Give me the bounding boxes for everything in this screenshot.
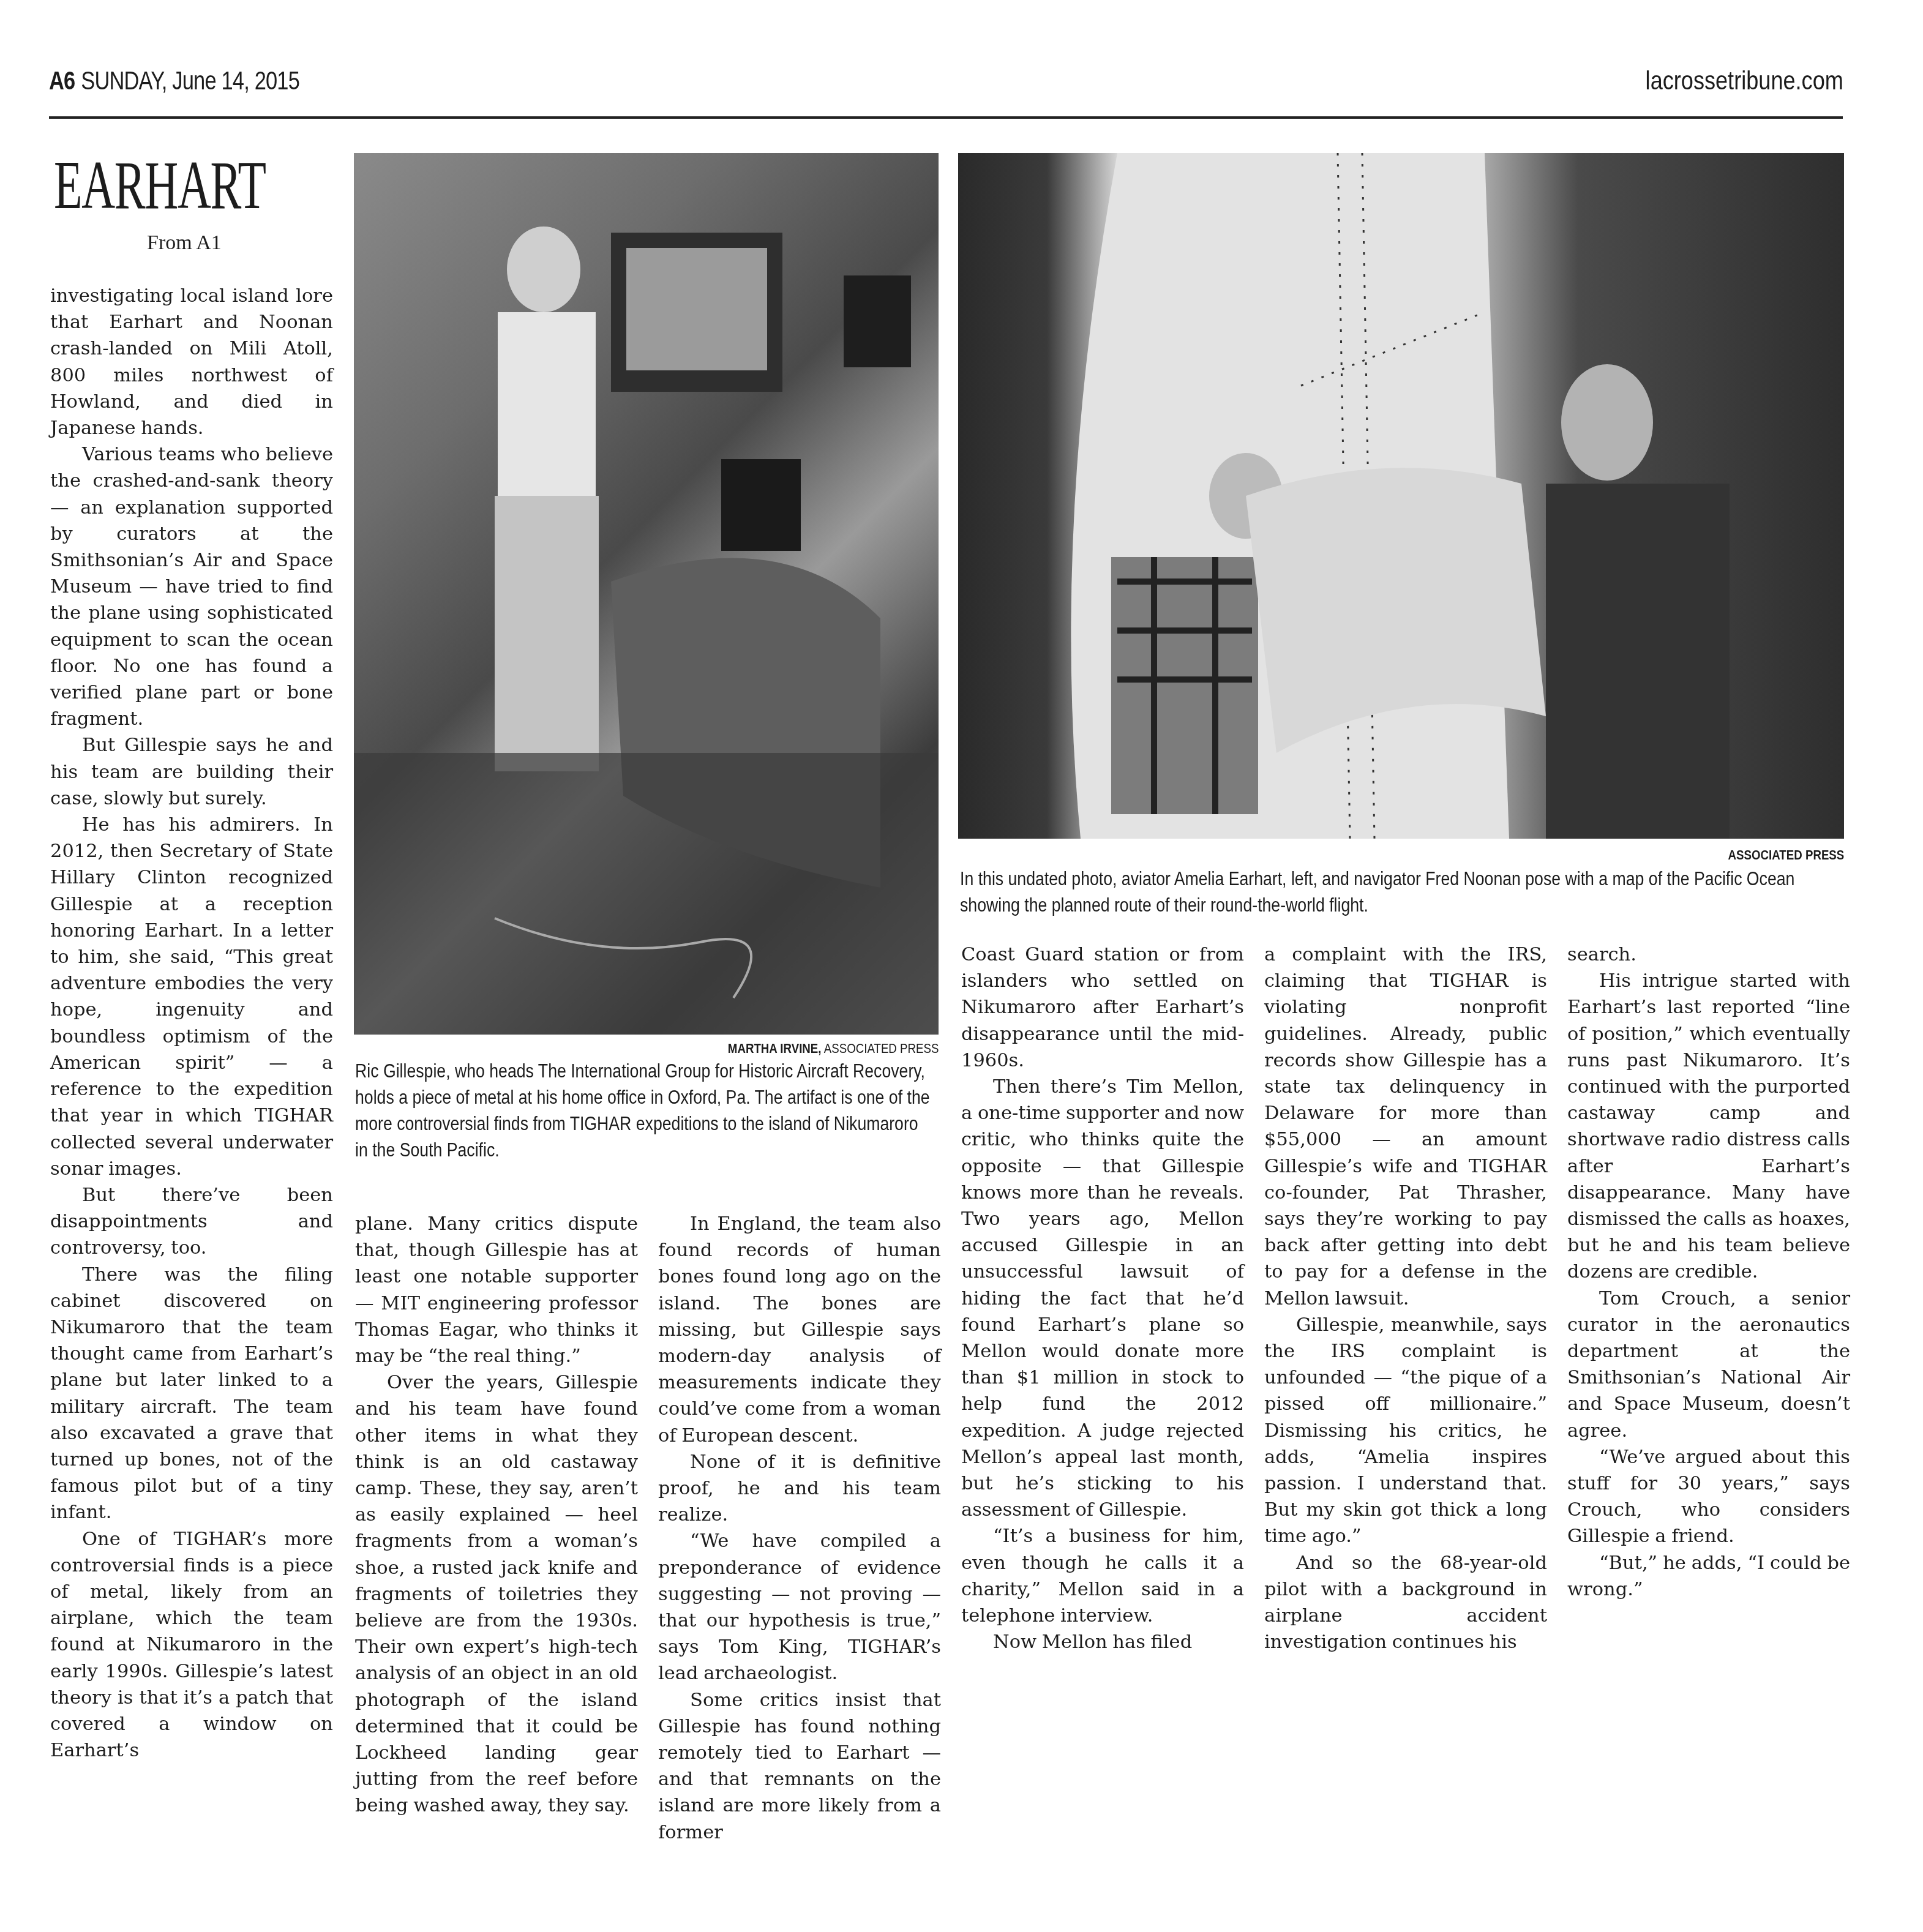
article-column-2: plane. Many critics dispute that, though… xyxy=(355,1211,638,1819)
jump-from-line: From A1 xyxy=(147,231,222,255)
photo-gillespie-image xyxy=(354,153,939,1035)
photo-agency: ASSOCIATED PRESS xyxy=(821,1041,939,1056)
article-paragraph: None of it is definitive proof, he and h… xyxy=(658,1449,941,1529)
photo-caption-left: Ric Gillespie, who heads The Internation… xyxy=(355,1058,934,1163)
article-paragraph: plane. Many critics dispute that, though… xyxy=(355,1211,638,1369)
photo-earhart-noonan-image xyxy=(958,153,1844,839)
page-number: A6 xyxy=(49,66,75,95)
page-folio: A6SUNDAY, June 14, 2015 xyxy=(49,66,299,95)
article-paragraph: Some critics insist that Gillespie has f… xyxy=(658,1687,941,1846)
photo-earhart-noonan xyxy=(958,153,1844,839)
article-paragraph: Tom Crouch, a senior curator in the aero… xyxy=(1567,1286,1850,1444)
article-paragraph: In England, the team also found records … xyxy=(658,1211,941,1449)
site-url: lacrossetribune.com xyxy=(1646,66,1843,95)
article-column-5: a complaint with the IRS, claiming that … xyxy=(1264,942,1547,1655)
article-paragraph: Now Mellon has filed xyxy=(961,1629,1244,1655)
jump-headline: EARHART xyxy=(54,152,266,219)
article-paragraph: One of TIGHAR’s more controversial finds… xyxy=(50,1526,333,1764)
article-column-4: Coast Guard station or from islanders wh… xyxy=(961,942,1244,1655)
article-paragraph: investigating local island lore that Ear… xyxy=(50,283,333,441)
article-paragraph: a complaint with the IRS, claiming that … xyxy=(1264,942,1547,1312)
article-paragraph: “It’s a business for him, even though he… xyxy=(961,1523,1244,1629)
photo-credit-left: MARTHA IRVINE, ASSOCIATED PRESS xyxy=(727,1041,939,1057)
article-paragraph: search. xyxy=(1567,942,1850,968)
article-paragraph: He has his admirers. In 2012, then Secre… xyxy=(50,812,333,1182)
photographer-name: MARTHA IRVINE, xyxy=(727,1041,821,1056)
header-rule xyxy=(49,116,1843,119)
article-paragraph: Various teams who believe the crashed-an… xyxy=(50,441,333,732)
article-column-3: In England, the team also found records … xyxy=(658,1211,941,1846)
article-paragraph: “We’ve argued about this stuff for 30 ye… xyxy=(1567,1444,1850,1550)
article-paragraph: Over the years, Gillespie and his team h… xyxy=(355,1369,638,1819)
article-paragraph: But there’ve been disappointments and co… xyxy=(50,1182,333,1262)
article-paragraph: “We have compiled a preponderance of evi… xyxy=(658,1528,941,1687)
article-paragraph: And so the 68-year-old pilot with a back… xyxy=(1264,1550,1547,1656)
article-paragraph: His intrigue started with Earhart’s last… xyxy=(1567,968,1850,1285)
publication-date: SUNDAY, June 14, 2015 xyxy=(81,66,299,95)
article-paragraph: “But,” he adds, “I could be wrong.” xyxy=(1567,1550,1850,1603)
article-paragraph: Gillespie, meanwhile, says the IRS compl… xyxy=(1264,1312,1547,1550)
photo-caption-right: In this undated photo, aviator Amelia Ea… xyxy=(960,866,1847,918)
article-paragraph: There was the filing cabinet discovered … xyxy=(50,1262,333,1526)
article-column-1: investigating local island lore that Ear… xyxy=(50,283,333,1764)
article-paragraph: But Gillespie says he and his team are b… xyxy=(50,732,333,812)
article-column-6: search.His intrigue started with Earhart… xyxy=(1567,942,1850,1603)
photo-credit-right: ASSOCIATED PRESS xyxy=(1728,847,1844,863)
article-paragraph: Then there’s Tim Mellon, a one-time supp… xyxy=(961,1074,1244,1523)
photo-gillespie xyxy=(354,153,939,1035)
article-paragraph: Coast Guard station or from islanders wh… xyxy=(961,942,1244,1074)
